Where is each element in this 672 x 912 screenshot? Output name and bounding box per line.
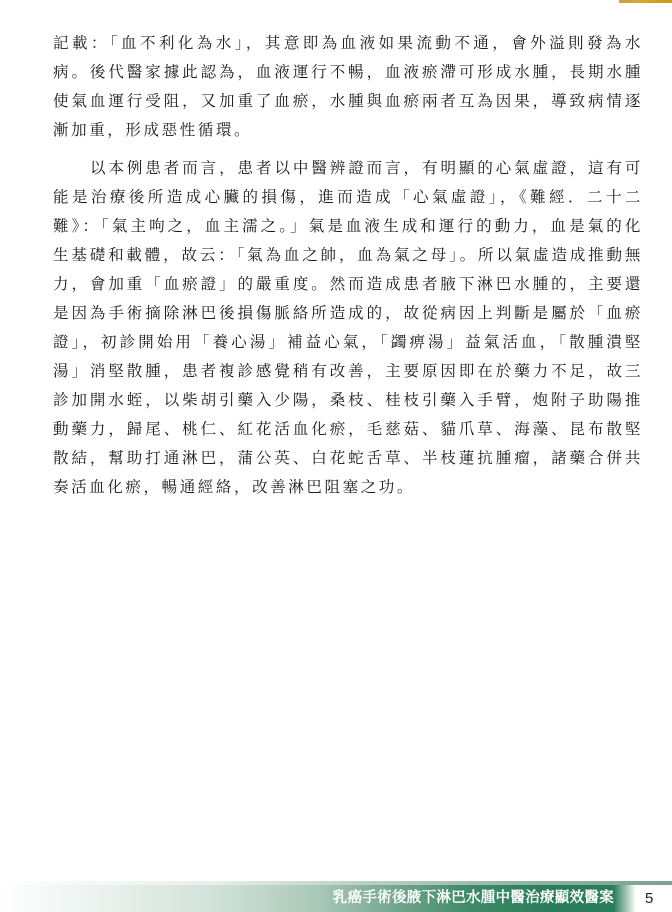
body-paragraph-1: 記載：「血不利化為水」，其意即為血液如果流動不通，會外溢則發為水病。後代醫家據此… xyxy=(53,29,643,145)
top-corner-accent-bar xyxy=(619,0,672,3)
page-number: 5 xyxy=(645,885,653,912)
page-body: 記載：「血不利化為水」，其意即為血液如果流動不通，會外溢則發為水病。後代醫家據此… xyxy=(53,29,643,502)
body-paragraph-2: 以本例患者而言，患者以中醫辨證而言，有明顯的心氣虛證，這有可能是治療後所造成心臟… xyxy=(53,154,643,502)
page-footer: 乳癌手術後腋下淋巴水腫中醫治療顯效醫案 5 xyxy=(0,881,672,912)
running-title: 乳癌手術後腋下淋巴水腫中醫治療顯效醫案 xyxy=(333,885,614,912)
